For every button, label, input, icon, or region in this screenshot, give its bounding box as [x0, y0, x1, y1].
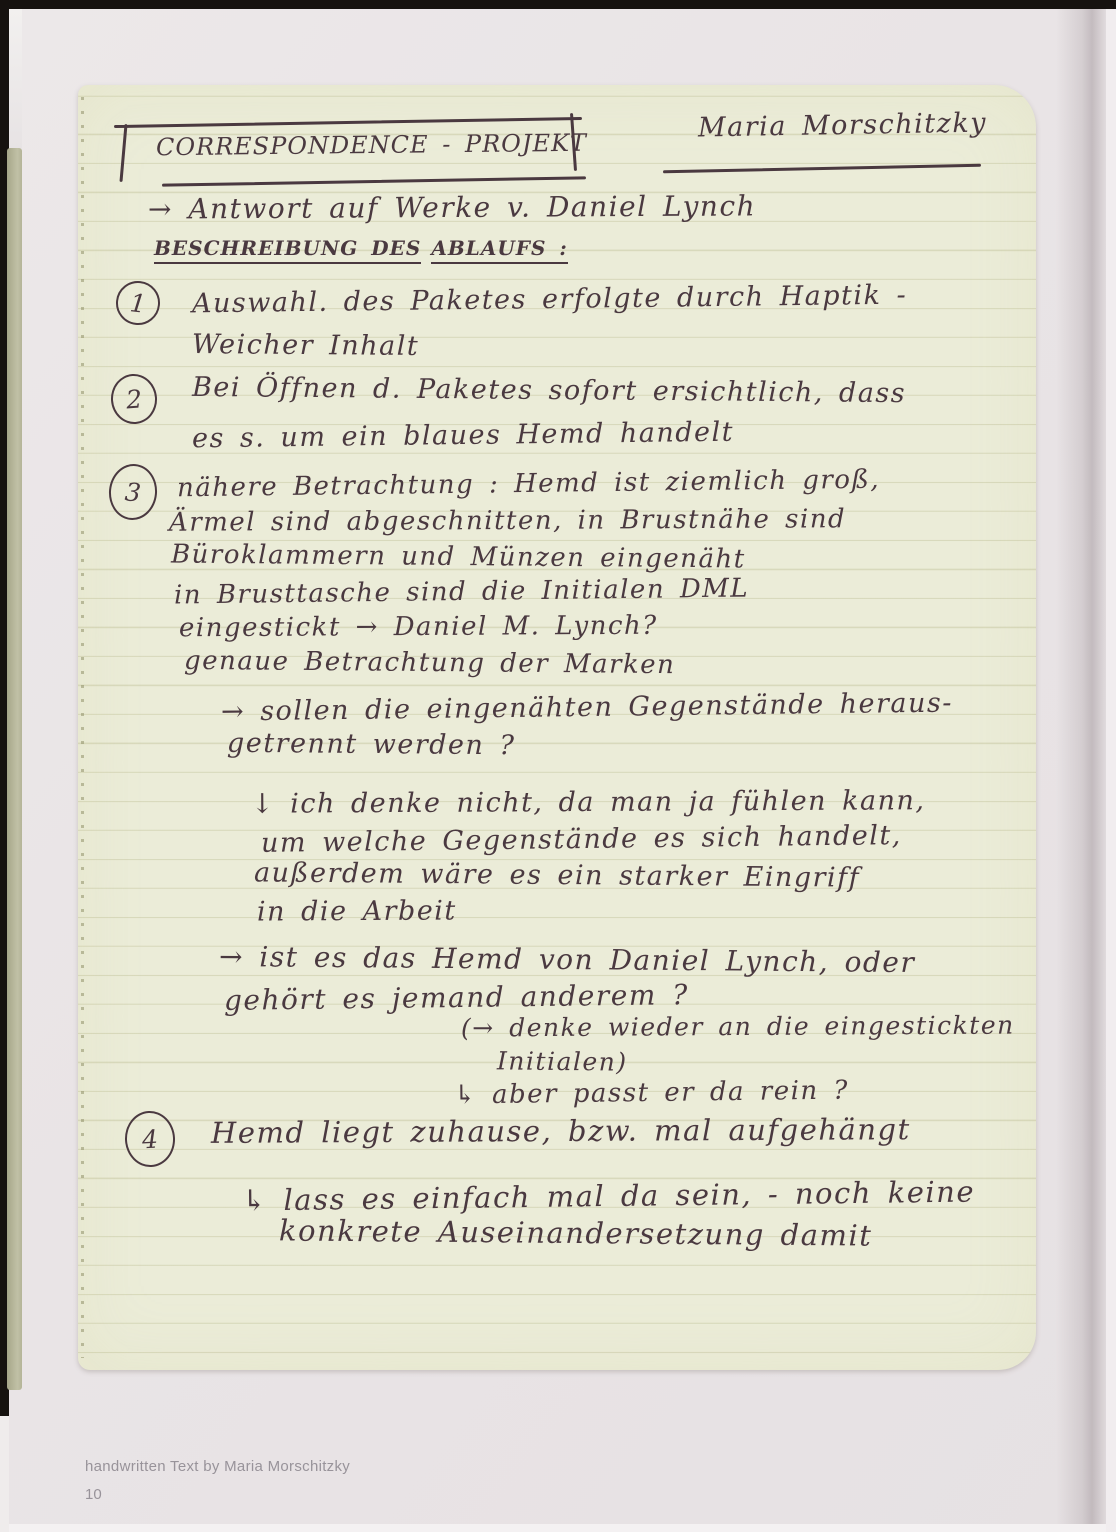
answer-remove-line4: in die Arbeit — [257, 896, 457, 927]
item2-number-circle: 2 — [109, 372, 158, 425]
note-title: CORRESPONDENCE - PROJEKT — [156, 130, 587, 161]
section-heading-part2: ABLAUFS : — [431, 236, 567, 264]
author-underline — [663, 164, 981, 174]
question-owner-sub2: Initialen) — [497, 1047, 628, 1076]
book-page-scan: CORRESPONDENCE - PROJEKT Maria Morschitz… — [0, 0, 1116, 1532]
question-remove-line1: → sollen die eingenähten Gegenstände her… — [221, 689, 953, 728]
book-gutter-shadow — [1056, 9, 1106, 1532]
intro-line: → Antwort auf Werke v. Daniel Lynch — [148, 191, 756, 225]
item1-line1: Auswahl. des Paketes erfolgte durch Hapt… — [192, 281, 907, 319]
section-heading: BESCHREIBUNG DESABLAUFS : — [154, 237, 568, 259]
paper-perforation-edge — [81, 97, 84, 1358]
item1-number-circle: 1 — [114, 279, 162, 327]
item3-line3: Büroklammern und Münzen eingenäht — [171, 540, 746, 574]
question-remove-line2: getrennt werden ? — [227, 729, 516, 761]
title-box-top-line — [114, 117, 582, 128]
answer-remove-line3: außerdem wäre es ein starker Eingriff — [254, 858, 860, 893]
scan-left-edge-bottom — [0, 1416, 9, 1532]
item3-line6: genaue Betrachtung der Marken — [184, 647, 676, 680]
photo-caption: handwritten Text by Maria Morschitzky — [85, 1458, 350, 1475]
section-heading-part1: BESCHREIBUNG DES — [154, 236, 421, 264]
item4-line2: ↳ lass es einfach mal da sein, - noch ke… — [242, 1177, 975, 1218]
question-owner-sub1: (→ denke wieder an die eingestickten — [461, 1012, 1015, 1042]
notebook-paper: CORRESPONDENCE - PROJEKT Maria Morschitz… — [78, 85, 1036, 1370]
item3-line2: Ärmel sind abgeschnitten, in Brustnähe s… — [169, 505, 846, 537]
page-edge-highlight — [9, 9, 22, 149]
underlying-page-edge — [7, 148, 22, 1390]
item3-line1: nähere Betrachtung : Hemd ist ziemlich g… — [177, 466, 880, 503]
title-underline — [162, 176, 586, 186]
item2-line2: es s. um ein blaues Hemd handelt — [192, 418, 734, 454]
scan-bottom-edge — [9, 1524, 1106, 1532]
item1-line2: Weicher Inhalt — [192, 330, 419, 362]
item3-number-circle: 3 — [107, 462, 160, 522]
question-owner-sub3: ↳ aber passt er da rein ? — [454, 1077, 849, 1110]
scan-top-edge — [0, 0, 1116, 9]
item4-line1: Hemd liegt zuhause, bzw. mal aufgehängt — [211, 1114, 911, 1150]
question-owner-line2: gehört es jemand anderem ? — [224, 980, 689, 1016]
page-number: 10 — [85, 1486, 102, 1503]
item4-line3: konkrete Auseinandersetzung damit — [279, 1215, 873, 1252]
answer-remove-line1: ↓ ich denke nicht, da man ja fühlen kann… — [251, 786, 926, 819]
item2-line1: Bei Öffnen d. Paketes sofort ersichtlich… — [192, 373, 906, 409]
author-name: Maria Morschitzky — [698, 108, 987, 143]
facing-page-edge — [1106, 9, 1116, 1532]
item3-line5: eingestickt → Daniel M. Lynch? — [179, 612, 658, 643]
question-owner-line1: → ist es das Hemd von Daniel Lynch, oder — [219, 942, 916, 979]
item4-number-circle: 4 — [124, 1110, 177, 1169]
item3-line4: in Brusttasche sind die Initialen DML — [174, 574, 749, 610]
title-box-left-tick — [119, 124, 127, 182]
answer-remove-line2: um welche Gegenstände es sich handelt, — [261, 821, 902, 859]
